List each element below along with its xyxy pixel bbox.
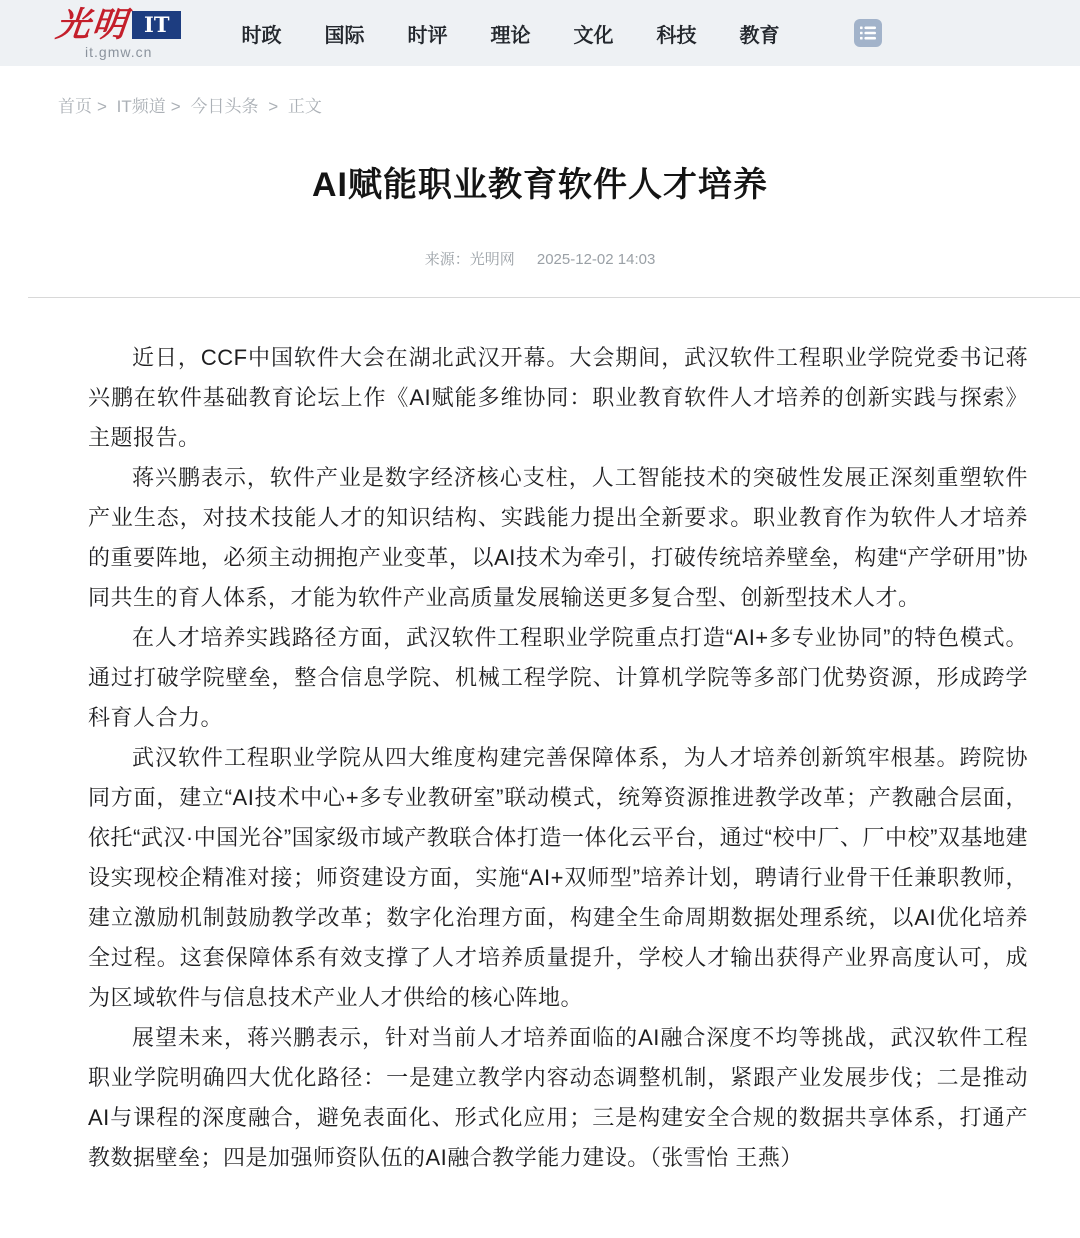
nav-item-lilun[interactable]: 理论 <box>490 19 530 48</box>
article-paragraph: 蒋兴鹏表示，软件产业是数字经济核心支柱，人工智能技术的突破性发展正深刻重塑软件产… <box>88 458 1028 618</box>
breadcrumb-home[interactable]: 首页 <box>58 97 92 116</box>
article-paragraph: 在人才培养实践路径方面，武汉软件工程职业学院重点打造“AI+多专业协同”的特色模… <box>88 618 1028 738</box>
list-menu-icon <box>859 25 877 41</box>
article-paragraph: 武汉软件工程职业学院从四大维度构建完善保障体系，为人才培养创新筑牢根基。跨院协同… <box>88 738 1028 1018</box>
nav-item-wenhua[interactable]: 文化 <box>573 19 613 48</box>
nav-item-guoji[interactable]: 国际 <box>324 19 364 48</box>
breadcrumb-today-headlines[interactable]: 今日头条 <box>190 97 258 116</box>
breadcrumb-current-page: 正文 <box>288 97 322 116</box>
main-nav: 时政 国际 时评 理论 文化 科技 教育 <box>241 19 882 48</box>
site-header: 光明 IT it.gmw.cn 时政 国际 时评 理论 文化 科技 教育 <box>0 0 1080 66</box>
article-meta: 来源：光明网 2025-12-02 14:03 <box>0 248 1080 269</box>
article-body: 近日，CCF中国软件大会在湖北武汉开幕。大会期间，武汉软件工程职业学院党委书记蒋… <box>0 298 1080 1238</box>
article-publish-datetime: 2025-12-02 14:03 <box>537 251 655 268</box>
breadcrumb-separator: > <box>268 97 278 116</box>
brand-domain: it.gmw.cn <box>56 45 181 59</box>
site-logo[interactable]: 光明 IT it.gmw.cn <box>56 8 181 59</box>
article-container: AI赋能职业教育软件人才培养 来源：光明网 2025-12-02 14:03 近… <box>0 157 1080 1238</box>
breadcrumb: 首页> IT频道> 今日头条 > 正文 <box>0 66 1080 117</box>
breadcrumb-separator: > <box>97 97 107 116</box>
menu-button[interactable] <box>854 19 882 47</box>
nav-item-jiaoyu[interactable]: 教育 <box>739 19 779 48</box>
article-paragraph: 展望未来，蒋兴鹏表示，针对当前人才培养面临的AI融合深度不均等挑战，武汉软件工程… <box>88 1018 1028 1178</box>
article-title: AI赋能职业教育软件人才培养 <box>0 157 1080 206</box>
brand-it-badge: IT <box>132 11 181 39</box>
article-source: 来源：光明网 <box>425 251 515 268</box>
brand-calligraphy: 光明 <box>54 8 130 42</box>
nav-item-shizheng[interactable]: 时政 <box>241 19 281 48</box>
article-paragraph: 近日，CCF中国软件大会在湖北武汉开幕。大会期间，武汉软件工程职业学院党委书记蒋… <box>88 338 1028 458</box>
nav-item-keji[interactable]: 科技 <box>656 19 696 48</box>
breadcrumb-it-channel[interactable]: IT频道 <box>117 97 166 116</box>
nav-item-shiping[interactable]: 时评 <box>407 19 447 48</box>
breadcrumb-separator: > <box>171 97 181 116</box>
